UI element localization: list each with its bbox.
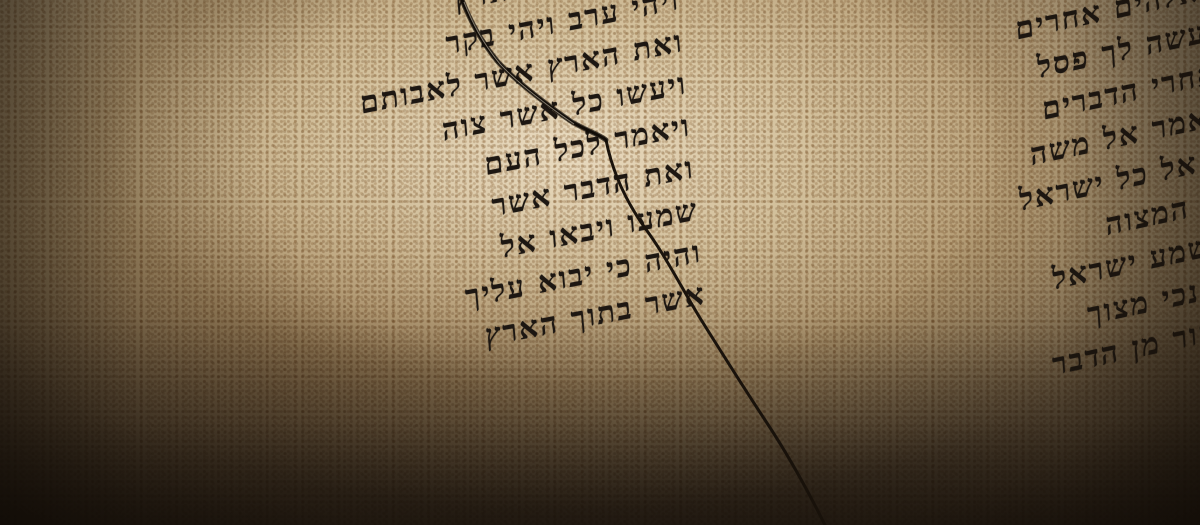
- manuscript-photo: ויאמר אל אלהים ואשר דבר וירא כי עשה שמים…: [0, 0, 1200, 525]
